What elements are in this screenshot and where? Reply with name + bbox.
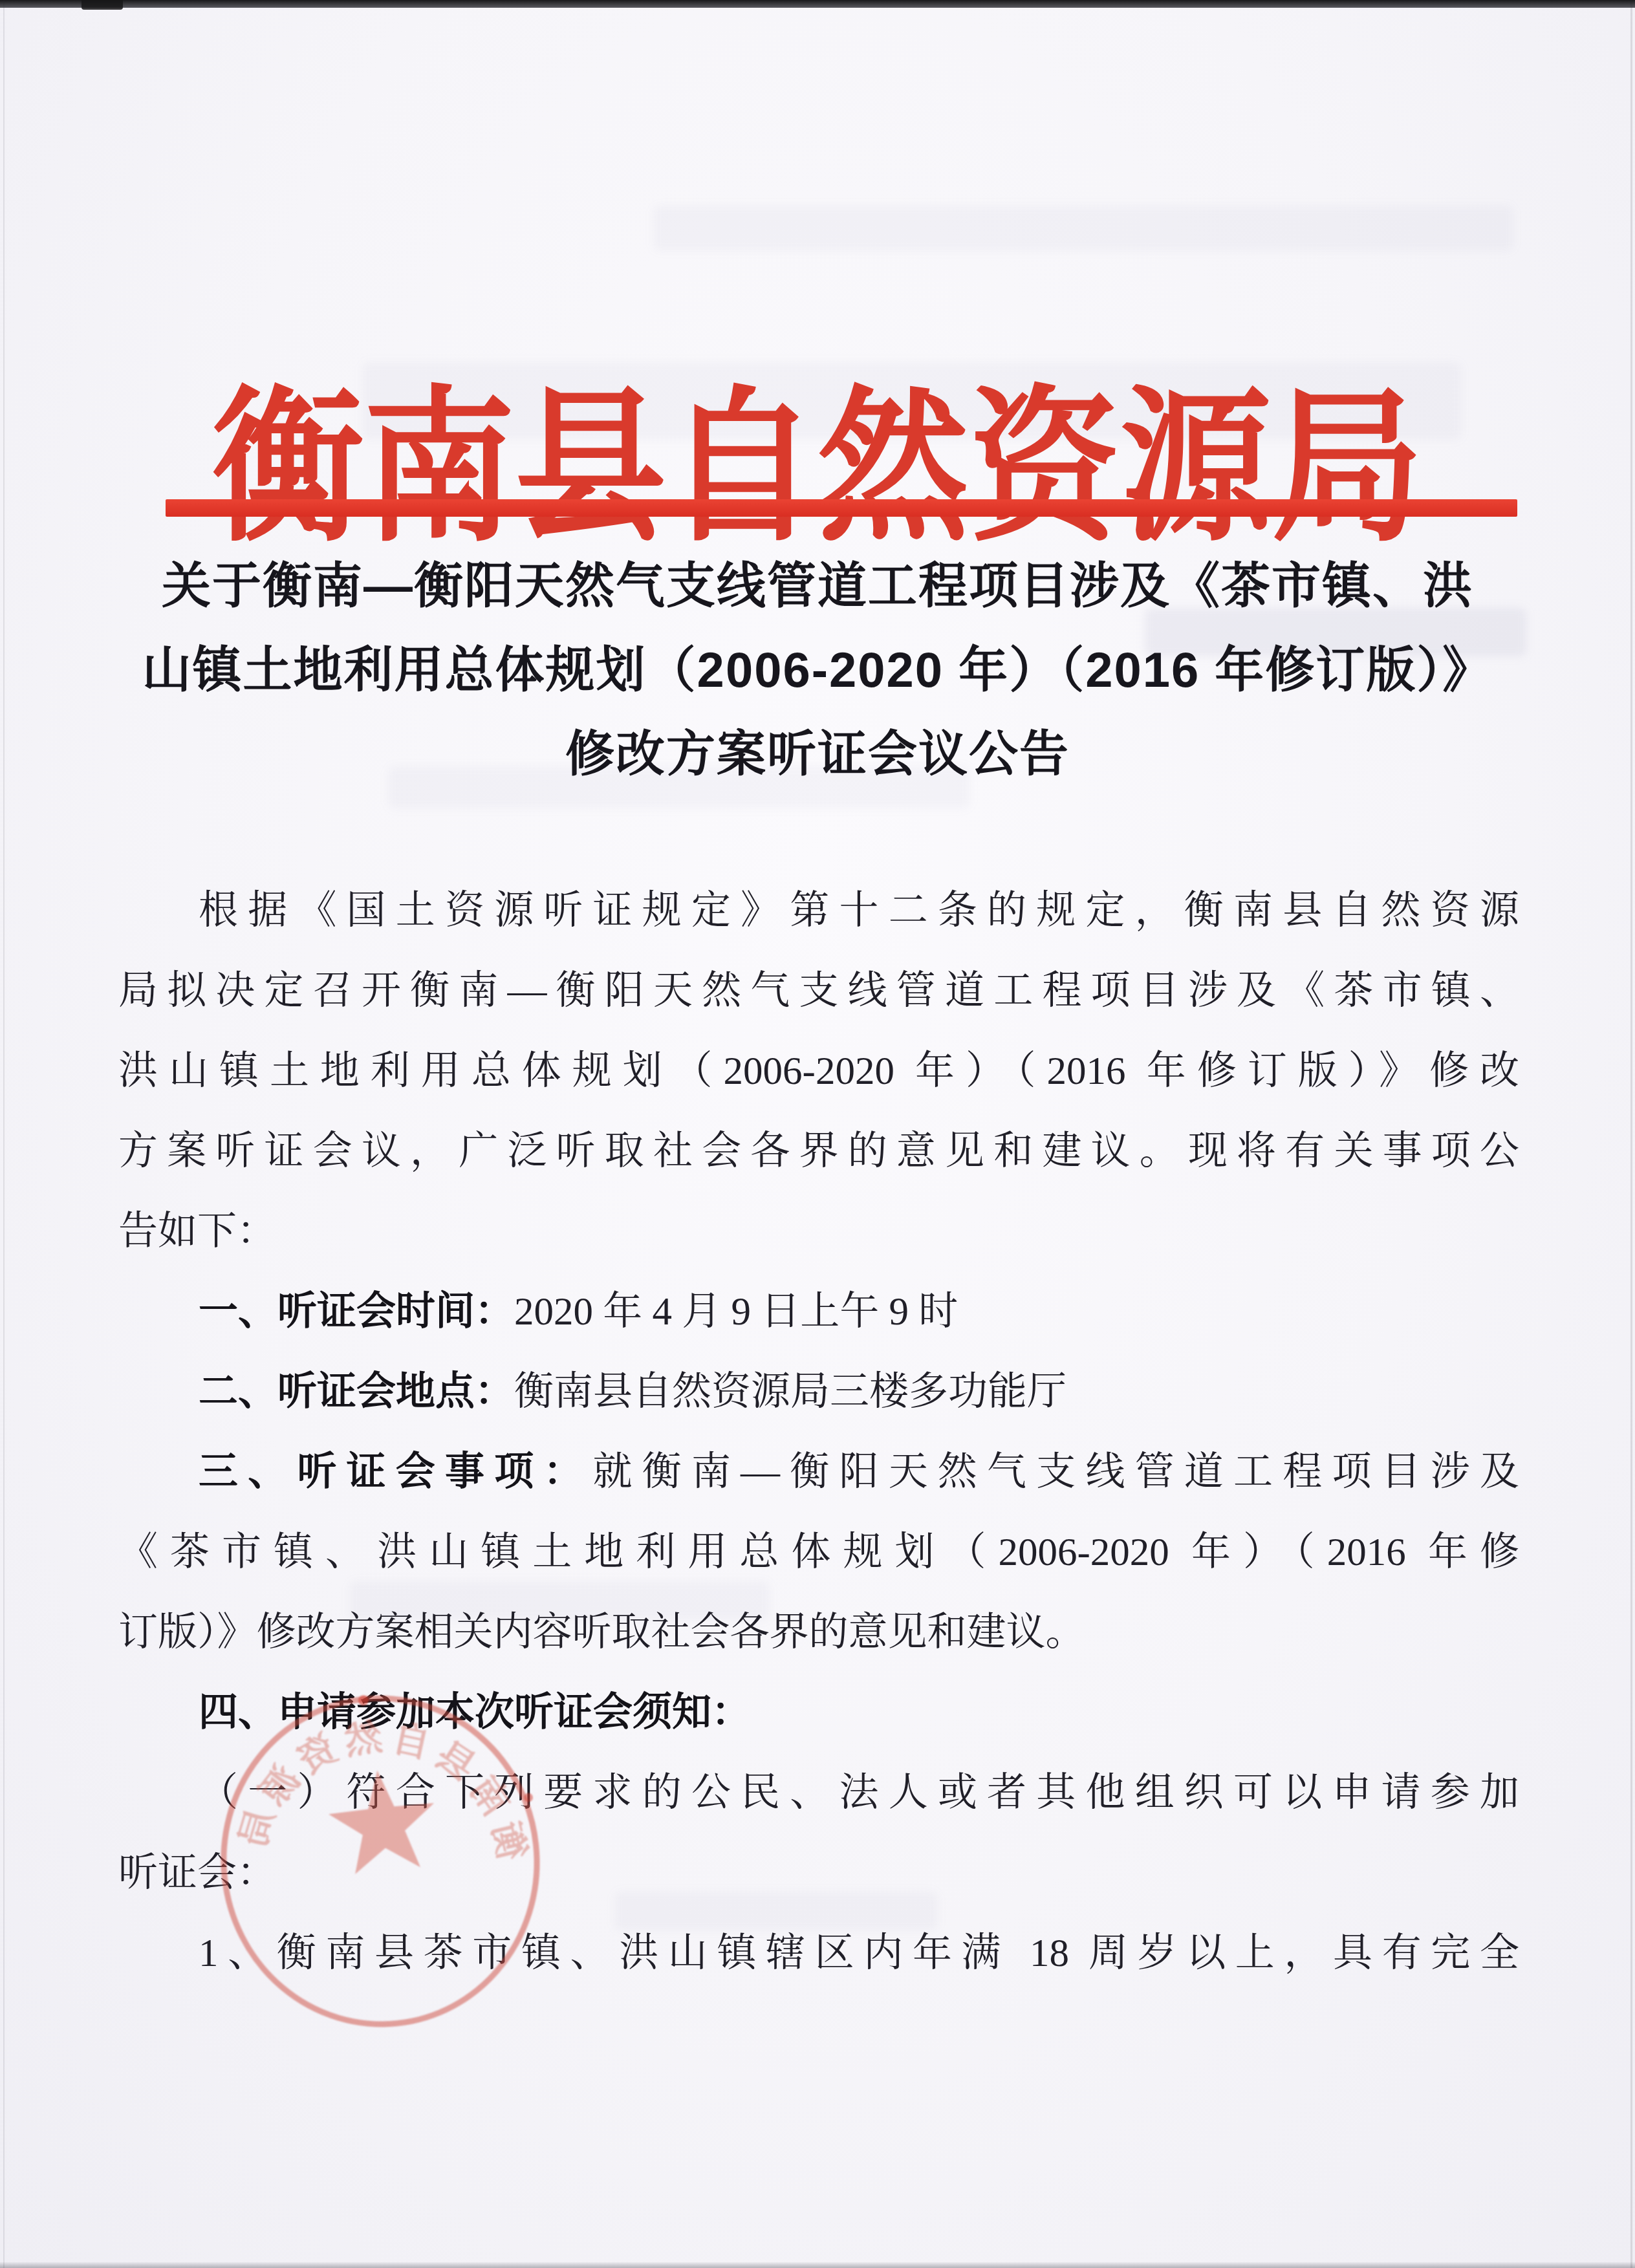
body-line-2: 局拟决定召开衡南—衡阳天然气支线管道工程项目涉及《茶市镇、 — [118, 951, 1519, 1031]
title-line-1: 关于衡南—衡阳天然气支线管道工程项目涉及《茶市镇、洪 — [97, 545, 1538, 629]
scan-edge-right — [1630, 0, 1632, 2268]
body-line-text: 2020 年 4 月 9 日上午 9 时 — [514, 1290, 958, 1334]
body-line-text: 订版）》修改方案相关内容听取社会各界的意见和建议。 — [118, 1611, 1085, 1654]
body-line-10: 订版）》修改方案相关内容听取社会各界的意见和建议。 — [118, 1593, 1519, 1673]
body-line-5: 告如下： — [118, 1192, 1519, 1272]
scan-edge-left — [3, 0, 5, 2268]
body-line-1: 根据《国土资源听证规定》第十二条的规定，衡南县自然资源 — [118, 871, 1519, 951]
body-line-text: 局拟决定召开衡南—衡阳天然气支线管道工程项目涉及《茶市镇、 — [118, 969, 1519, 1013]
body-line-text: 根据《国土资源听证规定》第十二条的规定，衡南县自然资源 — [199, 889, 1519, 933]
seal-mirror-group: 衡南县自然资源局 — [207, 1679, 555, 2040]
body-line-bold-label: 一、听证会时间： — [199, 1290, 514, 1334]
body-line-text: 洪山镇土地利用总体规划（2006-2020 年）（2016 年修订版）》修改 — [118, 1050, 1519, 1093]
official-seal-stamp: 衡南县自然资源局 — [191, 1672, 570, 2051]
star-icon — [325, 1765, 440, 1876]
body-line-4: 方案听证会议，广泛听取社会各界的意见和建议。现将有关事项公 — [118, 1112, 1519, 1192]
body-line-bold-label: 二、听证会地点： — [199, 1370, 514, 1414]
scan-corner-artifact — [81, 0, 123, 10]
bleed-through-smudge — [653, 206, 1513, 251]
body-line-9: 《茶市镇、洪山镇土地利用总体规划（2006-2020 年）（2016 年修 — [118, 1513, 1519, 1593]
body-line-7: 二、听证会地点：衡南县自然资源局三楼多功能厅 — [118, 1352, 1519, 1432]
letterhead-rule — [166, 499, 1517, 517]
body-line-text: 衡南县自然资源局三楼多功能厅 — [514, 1370, 1067, 1414]
body-line-8: 三、听证会事项：就衡南—衡阳天然气支线管道工程项目涉及 — [118, 1432, 1519, 1513]
document-title: 关于衡南—衡阳天然气支线管道工程项目涉及《茶市镇、洪 山镇土地利用总体规划（20… — [97, 545, 1538, 797]
body-line-bold-label: 三、听证会事项： — [199, 1451, 593, 1494]
scanned-notice-page: 衡南县自然资源局 关于衡南—衡阳天然气支线管道工程项目涉及《茶市镇、洪 山镇土地… — [0, 0, 1635, 2268]
title-line-3: 修改方案听证会议公告 — [97, 713, 1538, 797]
body-line-text: 就衡南—衡阳天然气支线管道工程项目涉及 — [593, 1451, 1519, 1494]
body-line-text: 告如下： — [118, 1210, 276, 1253]
body-line-text: 方案听证会议，广泛听取社会各界的意见和建议。现将有关事项公 — [118, 1130, 1519, 1173]
title-line-2: 山镇土地利用总体规划（2006-2020 年）（2016 年修订版）》 — [97, 629, 1538, 713]
scan-edge-bottom — [0, 2262, 1635, 2268]
scan-edge-top — [0, 0, 1635, 8]
body-line-text: 《茶市镇、洪山镇土地利用总体规划（2006-2020 年）（2016 年修 — [118, 1531, 1519, 1574]
body-line-6: 一、听证会时间：2020 年 4 月 9 日上午 9 时 — [118, 1272, 1519, 1352]
body-line-3: 洪山镇土地利用总体规划（2006-2020 年）（2016 年修订版）》修改 — [118, 1031, 1519, 1112]
